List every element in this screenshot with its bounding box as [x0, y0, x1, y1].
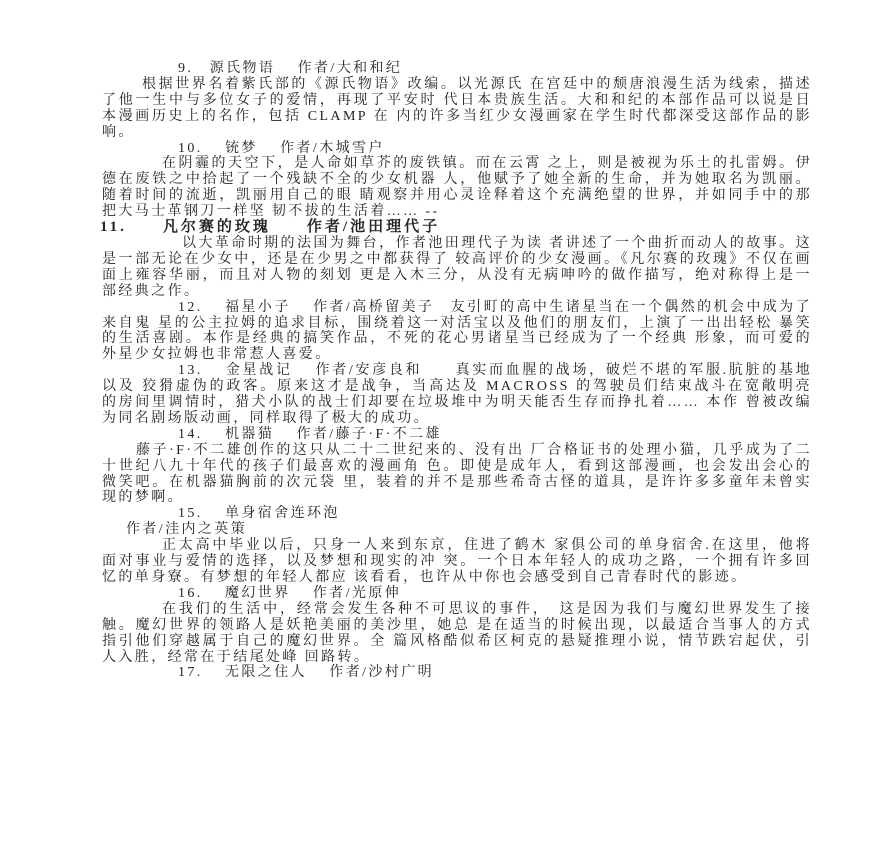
item-14-heading: 14. 机器猫 作者/藤子·F·不二雄 — [102, 427, 812, 443]
item-12-paragraph: 12. 福星小子 作者/高桥留美子 友引町的高中生诸星当在一个偶然的机会中成为了… — [102, 300, 812, 364]
item-11-body: 以大革命时期的法国为舞台，作者池田理代子为读 者讲述了一个曲折而动人的故事。这是… — [102, 236, 812, 300]
item-15-heading: 15. 单身宿舍连环泡 — [102, 506, 812, 522]
item-17-heading: 17. 无限之住人 作者/沙村广明 — [102, 665, 812, 681]
item-16-heading: 16. 魔幻世界 作者/光原伸 — [102, 586, 812, 602]
item-9-body: 根据世界名着紫氏部的《源氏物语》改编。以光源氏 在宫廷中的颓唐浪漫生活为线索，描… — [102, 77, 812, 141]
item-16-body: 在我们的生活中，经常会发生各种不可思议的事件， 这是因为我们与魔幻世界发生了接触… — [102, 602, 812, 666]
item-15-body: 正太高中毕业以后，只身一人来到东京，住进了鹤木 家俱公司的单身宿舍.在这里，他将… — [102, 538, 812, 586]
item-10-heading: 10. 铳梦 作者/木城雪户 — [102, 141, 812, 157]
item-9-heading: 9. 源氏物语 作者/大和和纪 — [102, 61, 812, 77]
item-10-body: 在阴霾的天空下，是人命如草芥的废铁镇。而在云霄 之上，则是被视为乐土的扎雷姆。伊… — [102, 156, 812, 220]
item-11-heading: 11. 凡尔赛的玫瑰 作者/池田理代子 — [102, 220, 812, 236]
item-14-body: 藤子·F·不二雄创作的这只从二十二世纪来的、没有出 厂合格证书的处理小猫，几乎成… — [102, 443, 812, 507]
item-13-paragraph: 13. 金星战记 作者/安彦良和 真实而血腥的战场，破烂不堪的军服.肮脏的基地以… — [102, 363, 812, 427]
item-15-author: 作者/洼内之英策 — [102, 522, 812, 538]
document-page: 9. 源氏物语 作者/大和和纪 根据世界名着紫氏部的《源氏物语》改编。以光源氏 … — [102, 61, 812, 681]
